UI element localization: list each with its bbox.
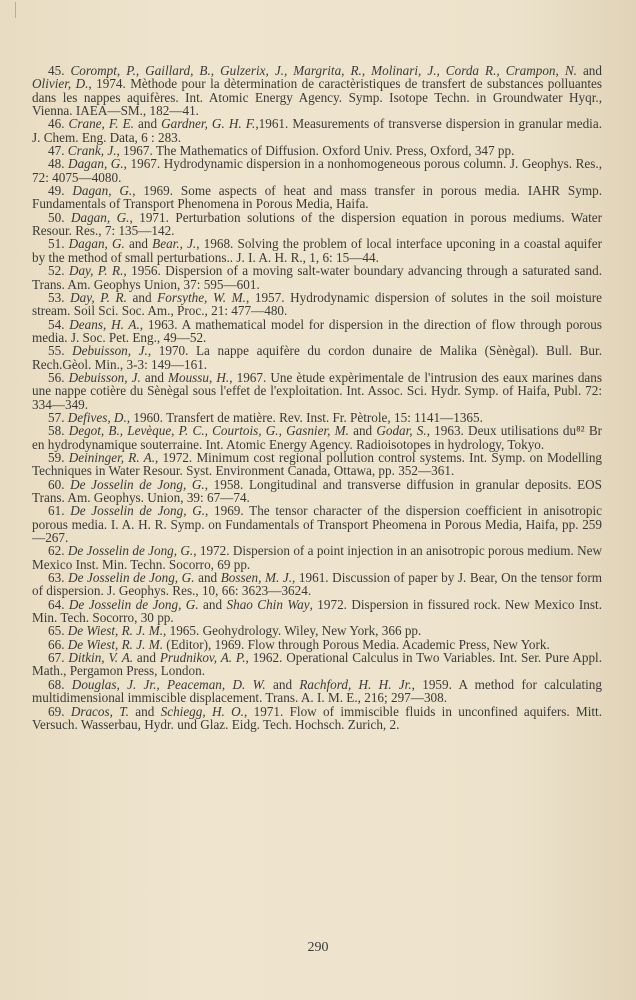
reference-citation: , 1974. Mèthode pour la dètermination de… [32, 76, 602, 118]
reference-conjunction: and [199, 597, 227, 612]
reference-entry: 54. Deans, H. A., 1963. A mathematical m… [32, 318, 602, 345]
reference-list: 45. Corompt, P., Gaillard, B., Gulzerix,… [32, 64, 602, 731]
reference-entry: 62. De Josselin de Jong, G., 1972. Dispe… [32, 544, 602, 571]
reference-entry: 50. Dagan, G., 1971. Perturbation soluti… [32, 211, 602, 238]
reference-entry: 48. Dagan, G., 1967. Hydrodynamic disper… [32, 157, 602, 184]
reference-entry: 58. Degot, B., Levèque, P. C., Courtois,… [32, 424, 602, 451]
page-number: 290 [0, 940, 636, 956]
reference-entry: 45. Corompt, P., Gaillard, B., Gulzerix,… [32, 64, 602, 117]
reference-entry: 63. De Josselin de Jong, G. and Bossen, … [32, 571, 602, 598]
reference-entry: 66. De Wiest, R. J. M. (Editor), 1969. F… [32, 638, 602, 651]
reference-entry: 68. Douglas, J. Jr., Peaceman, D. W. and… [32, 678, 602, 705]
reference-entry: 60. De Josselin de Jong, G., 1958. Longi… [32, 478, 602, 505]
reference-entry: 55. Debuisson, J., 1970. La nappe aquifè… [32, 344, 602, 371]
reference-entry: 52. Day, P. R., 1956. Dispersion of a mo… [32, 264, 602, 291]
reference-entry: 46. Crane, F. E. and Gardner, G. H. F.,1… [32, 117, 602, 144]
reference-entry: 51. Dagan, G. and Bear., J., 1968. Solvi… [32, 237, 602, 264]
reference-entry: 47. Crank, J., 1967. The Mathematics of … [32, 144, 602, 157]
reference-coauthors: Shao Chin Way [227, 597, 310, 612]
reference-entry: 59. Deininger, R. A., 1972. Minimum cost… [32, 451, 602, 478]
reference-entry: 53. Day, P. R. and Forsythe, W. M., 1957… [32, 291, 602, 318]
reference-entry: 69. Dracos, T. and Schiegg, H. O., 1971.… [32, 705, 602, 732]
reference-entry: 49. Dagan, G., 1969. Some aspects of hea… [32, 184, 602, 211]
reference-entry: 57. Defives, D., 1960. Transfert de mati… [32, 411, 602, 424]
reference-entry: 67. Ditkin, V. A. and Prudnikov, A. P., … [32, 651, 602, 678]
reference-entry: 56. Debuisson, J. and Moussu, H., 1967. … [32, 371, 602, 411]
margin-mark [15, 2, 16, 18]
reference-entry: 65. De Wiest, R. J. M., 1965. Geohydrolo… [32, 624, 602, 637]
reference-entry: 64. De Josselin de Jong, G. and Shao Chi… [32, 598, 602, 625]
reference-entry: 61. De Josselin de Jong, G., 1969. The t… [32, 504, 602, 544]
